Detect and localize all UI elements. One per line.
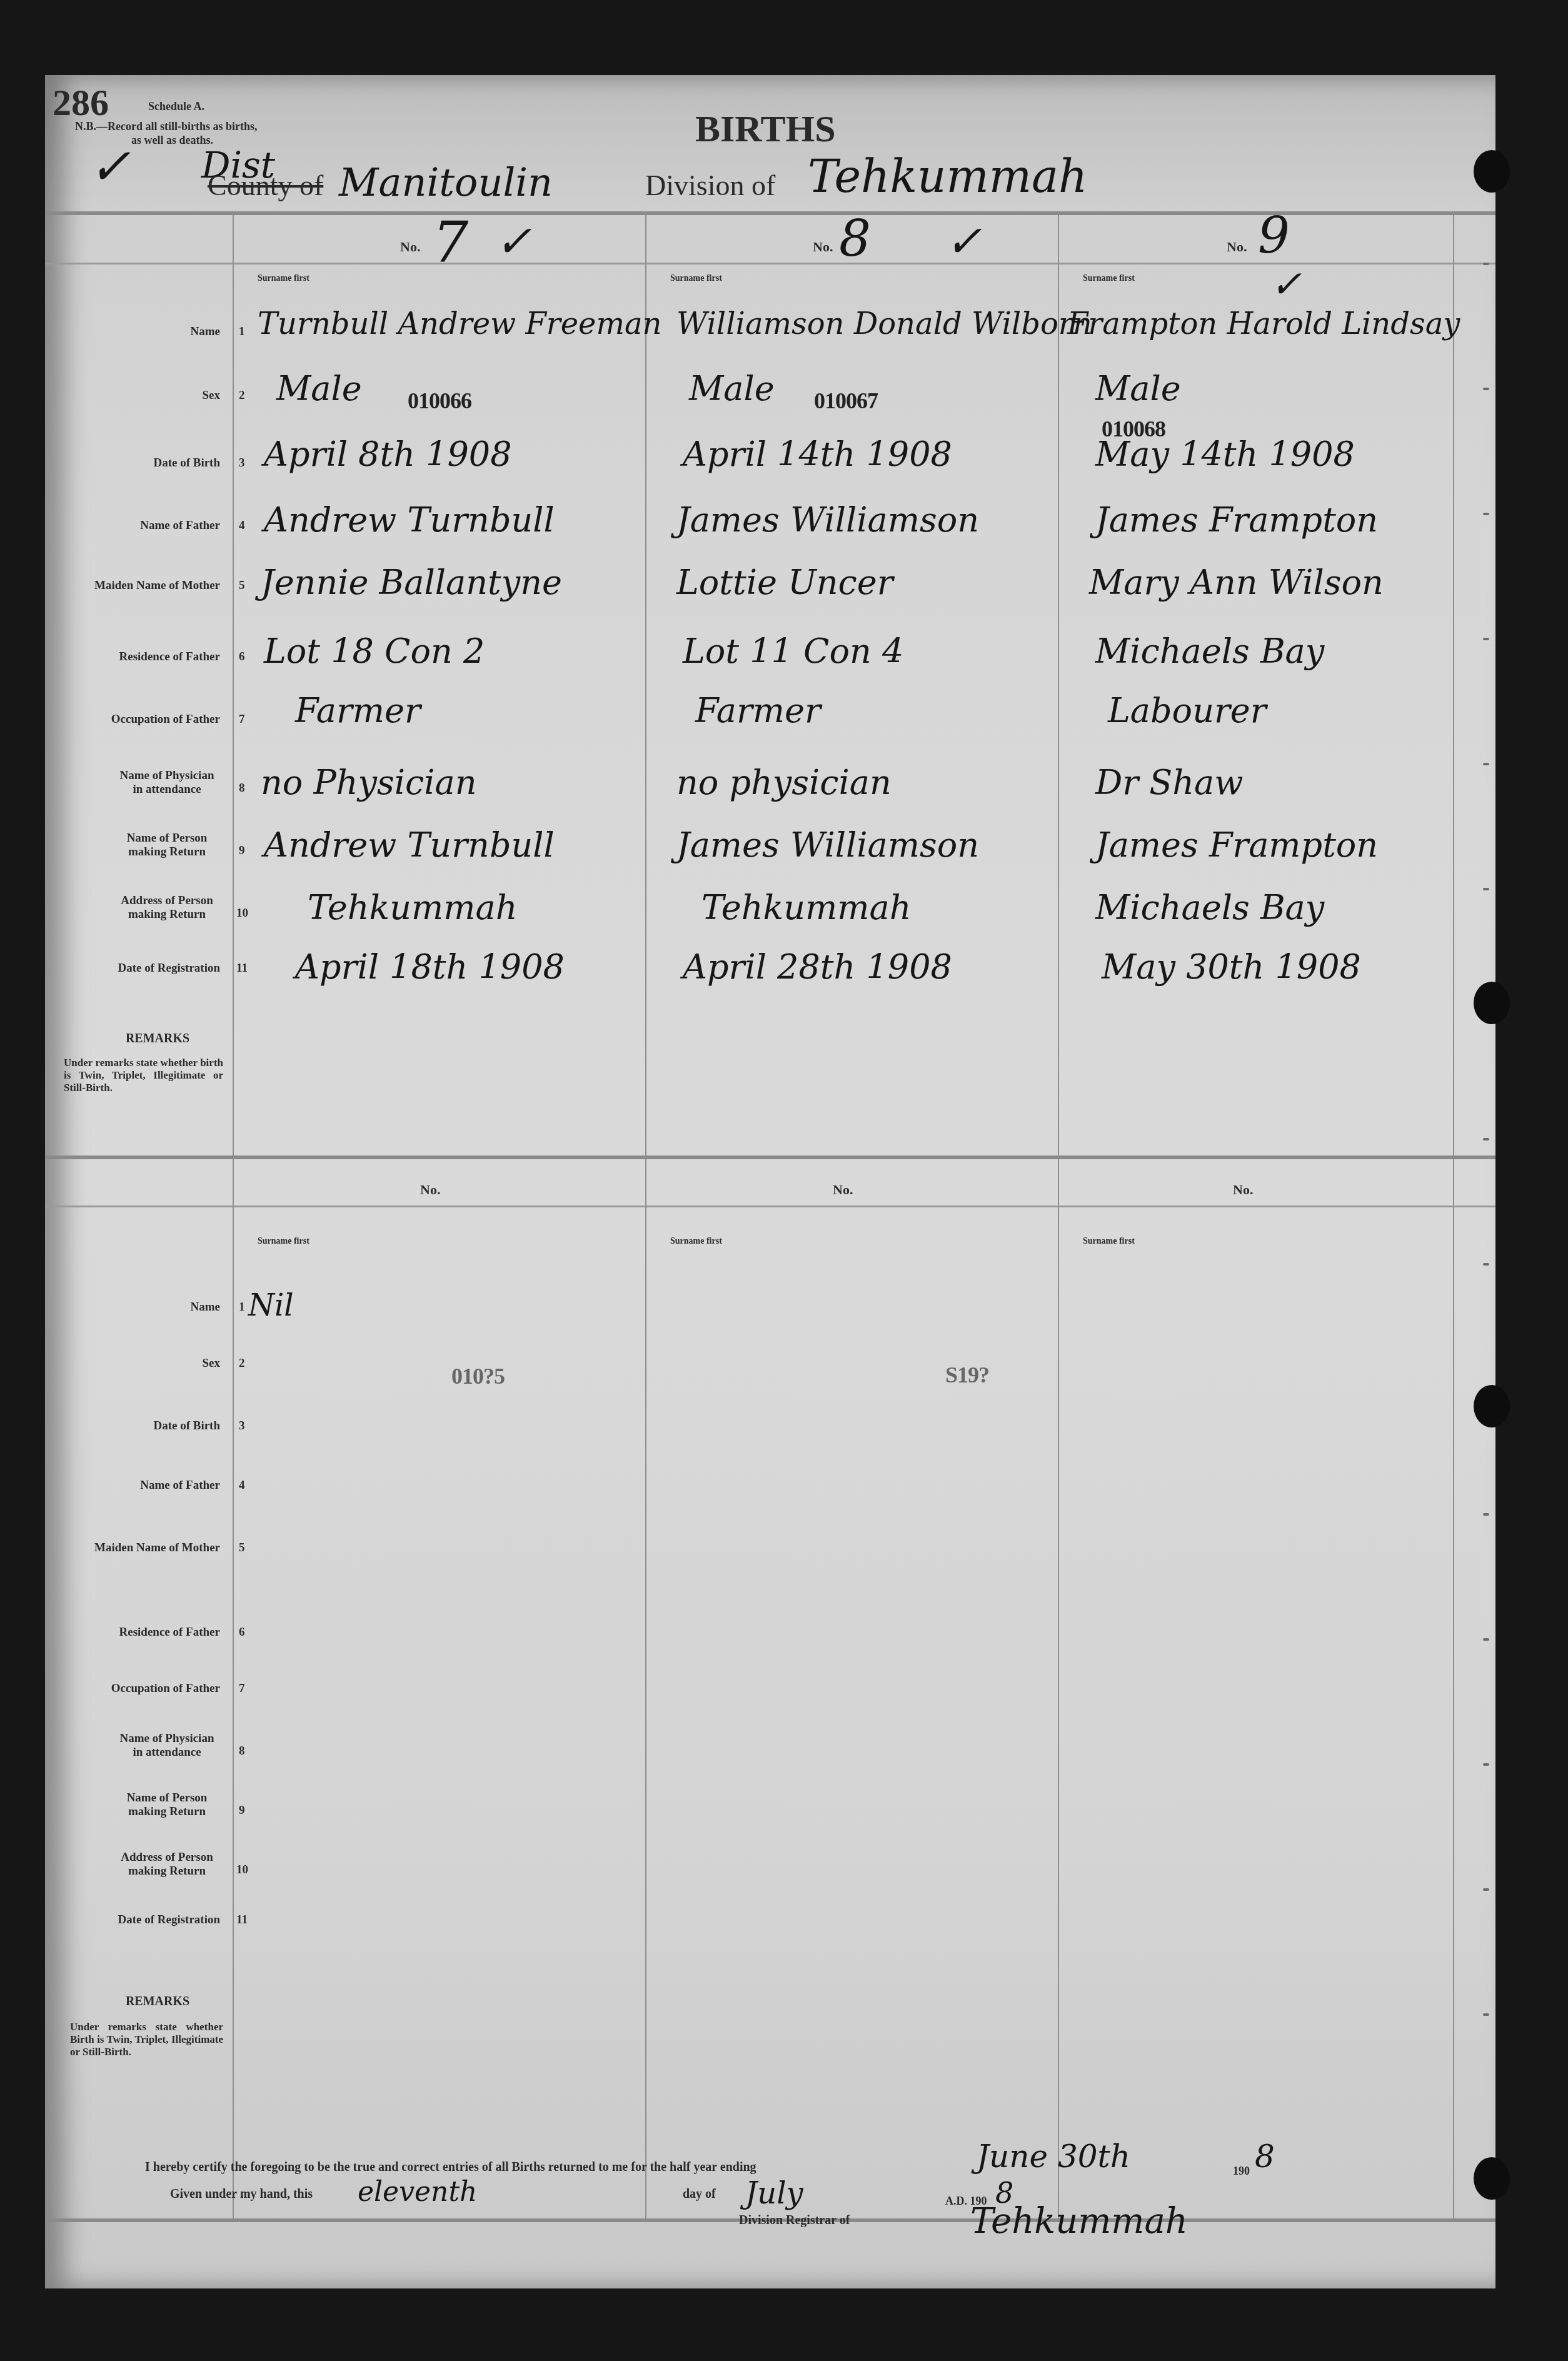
row-number: 6	[239, 1626, 245, 1639]
surname-first-label: Surname first	[1083, 1237, 1135, 1247]
person-making-return-value: James Frampton	[1095, 825, 1378, 865]
label-address-making-return: Address of Person making Return	[114, 894, 220, 922]
perforation	[1483, 763, 1489, 765]
row-number: 3	[239, 1419, 245, 1433]
registration-stamp: 010066	[408, 388, 471, 414]
no-label: No.	[833, 1182, 853, 1198]
address-making-return-value: Tehkummah	[308, 888, 517, 927]
mother-maiden-name-value: Mary Ann Wilson	[1089, 563, 1384, 602]
no-label: No.	[1227, 239, 1247, 255]
label-name: Name	[95, 1301, 220, 1314]
row-number: 7	[239, 1682, 245, 1696]
day-of-label: day of	[683, 2187, 716, 2202]
tick-mark-icon: ✓	[945, 216, 982, 267]
physician-value: no Physician	[261, 763, 477, 802]
surname-first-label: Surname first	[258, 274, 309, 284]
divider	[45, 1206, 1495, 1207]
column-divider	[1058, 211, 1059, 1155]
row-number: 2	[239, 389, 245, 403]
registration-stamp: 010067	[814, 388, 878, 414]
division-registrar-label: Division Registrar of	[739, 2213, 850, 2228]
father-residence-value: Lot 11 Con 4	[683, 632, 903, 671]
perforation	[1483, 1763, 1489, 1766]
perforation	[1483, 1638, 1489, 1641]
perforation	[1483, 1138, 1489, 1140]
person-making-return-value: James Williamson	[676, 825, 979, 865]
binder-hole	[1474, 1385, 1510, 1427]
child-name: Turnbull Andrew Freeman	[258, 306, 662, 341]
label-physician: Name of Physician in attendance	[114, 1732, 220, 1759]
tick-mark-icon: ✓	[1270, 263, 1302, 306]
perforation	[1483, 1888, 1489, 1891]
label-residence-of-father: Residence of Father	[95, 650, 220, 664]
physician-value: no physician	[676, 763, 892, 802]
label-physician: Name of Physician in attendance	[114, 769, 220, 797]
row-number: 10	[236, 1863, 248, 1877]
label-address-making-return: Address of Person making Return	[114, 1851, 220, 1878]
perforation	[1483, 263, 1489, 265]
row-number: 6	[239, 650, 245, 664]
birth-register-page: 286 Schedule A. N.B.—Record all still-bi…	[45, 75, 1495, 2288]
perforation	[1483, 2013, 1489, 2016]
tick-mark-icon: ✓	[495, 216, 532, 267]
surname-first-label: Surname first	[1083, 274, 1135, 284]
label-name-of-father: Name of Father	[95, 519, 220, 533]
row-number: 2	[239, 1357, 245, 1371]
remarks-instructions: Under remarks state whether birth is Twi…	[64, 1057, 223, 1094]
surname-first-label: Surname first	[258, 1237, 309, 1247]
surname-first-label: Surname first	[670, 274, 722, 284]
perforation	[1483, 888, 1489, 890]
year-suffix: 8	[1255, 2138, 1275, 2175]
checkmark-icon: ✓	[89, 138, 131, 196]
father-occupation-value: Farmer	[295, 691, 421, 730]
father-occupation-value: Labourer	[1108, 691, 1267, 730]
perforation	[1483, 388, 1489, 390]
child-name: Nil	[248, 1288, 294, 1323]
binder-hole	[1474, 2157, 1510, 2200]
row-number: 4	[239, 1479, 245, 1493]
row-number: 8	[239, 1744, 245, 1758]
mother-maiden-name-value: Lottie Uncer	[676, 563, 893, 602]
label-occupation-of-father: Occupation of Father	[95, 1682, 220, 1696]
label-sex: Sex	[95, 389, 220, 403]
record-number: 8	[839, 209, 871, 268]
perforation	[1483, 513, 1489, 515]
label-maiden-name-of-mother: Maiden Name of Mother	[58, 1541, 220, 1555]
row-number: 9	[239, 1804, 245, 1818]
county-value: Manitoulin	[339, 159, 553, 205]
physician-value: Dr Shaw	[1095, 763, 1243, 802]
day-value: eleventh	[358, 2176, 477, 2208]
row-number: 8	[239, 782, 245, 795]
column-divider	[233, 211, 234, 1155]
row-number: 10	[236, 907, 248, 920]
date-of-birth-value: May 14th 1908	[1095, 435, 1355, 474]
remarks-instructions: Under remarks state whether Birth is Twi…	[70, 2021, 223, 2058]
label-date-of-registration: Date of Registration	[95, 962, 220, 975]
column-divider	[1058, 1155, 1059, 2218]
row-number: 5	[239, 1541, 245, 1555]
sex-value: Male	[689, 369, 775, 408]
column-divider	[645, 1155, 646, 2218]
row-number: 4	[239, 519, 245, 533]
label-date-of-registration: Date of Registration	[95, 1913, 220, 1927]
row-number: 5	[239, 579, 245, 593]
registration-stamp: 010?5	[451, 1363, 505, 1389]
row-number: 7	[239, 713, 245, 727]
column-divider	[645, 211, 646, 1155]
month-value: July	[745, 2176, 803, 2211]
label-person-making-return: Name of Person making Return	[114, 1791, 220, 1819]
row-number: 1	[239, 325, 245, 339]
no-label: No.	[420, 1182, 440, 1198]
given-under-hand-label: Given under my hand, this	[170, 2187, 313, 2202]
label-maiden-name-of-mother: Maiden Name of Mother	[58, 579, 220, 593]
address-making-return-value: Michaels Bay	[1095, 888, 1324, 927]
person-making-return-value: Andrew Turnbull	[264, 825, 555, 865]
father-residence-value: Michaels Bay	[1095, 632, 1324, 671]
label-occupation-of-father: Occupation of Father	[95, 713, 220, 727]
half-year-ending-value: June 30th	[977, 2138, 1130, 2175]
row-number: 1	[239, 1301, 245, 1314]
father-name-value: Andrew Turnbull	[264, 500, 555, 540]
schedule-label: Schedule A.	[148, 100, 204, 113]
date-of-registration-value: April 28th 1908	[683, 947, 952, 987]
sex-value: Male	[1095, 369, 1181, 408]
perforation	[1483, 638, 1489, 640]
row-number: 11	[236, 1913, 248, 1927]
address-making-return-value: Tehkummah	[701, 888, 911, 927]
no-label: No.	[813, 239, 833, 255]
row-number: 9	[239, 844, 245, 858]
remarks-heading: REMARKS	[95, 1995, 220, 2009]
label-name: Name	[95, 325, 220, 339]
label-date-of-birth: Date of Birth	[95, 456, 220, 470]
father-name-value: James Frampton	[1095, 500, 1378, 540]
year-prefix: 190	[1233, 2165, 1250, 2178]
division-value: Tehkummah	[808, 150, 1087, 203]
row-number: 11	[236, 962, 248, 975]
child-name: Williamson Donald Wilborn	[676, 306, 1092, 341]
surname-first-label: Surname first	[670, 1237, 722, 1247]
page-title: BIRTHS	[695, 108, 836, 151]
margin-line	[1453, 211, 1454, 2218]
binder-hole	[1474, 982, 1510, 1024]
label-person-making-return: Name of Person making Return	[114, 832, 220, 859]
certification-text: I hereby certify the foregoing to be the…	[145, 2160, 756, 2175]
father-name-value: James Williamson	[676, 500, 979, 540]
label-date-of-birth: Date of Birth	[95, 1419, 220, 1433]
remarks-heading: REMARKS	[95, 1032, 220, 1046]
row-number: 3	[239, 456, 245, 470]
date-of-birth-value: April 14th 1908	[683, 435, 952, 474]
page-number: 286	[53, 81, 109, 124]
label-name-of-father: Name of Father	[95, 1479, 220, 1493]
perforation	[1483, 1263, 1489, 1266]
registrar-division-value: Tehkummah	[970, 2201, 1188, 2242]
date-of-birth-value: April 8th 1908	[264, 435, 512, 474]
mother-maiden-name-value: Jennie Ballantyne	[261, 563, 562, 602]
registration-stamp: S19?	[945, 1362, 989, 1388]
perforation	[1483, 1513, 1489, 1516]
no-label: No.	[400, 239, 420, 255]
county-label: County of	[208, 169, 323, 202]
label-sex: Sex	[95, 1357, 220, 1371]
binder-hole	[1474, 150, 1510, 193]
section-divider	[45, 1155, 1495, 1159]
column-divider	[233, 1155, 234, 2218]
date-of-registration-value: May 30th 1908	[1102, 947, 1361, 987]
date-of-registration-value: April 18th 1908	[295, 947, 565, 987]
label-residence-of-father: Residence of Father	[95, 1626, 220, 1639]
father-occupation-value: Farmer	[695, 691, 821, 730]
record-number: 7	[433, 209, 468, 275]
record-number: 9	[1258, 206, 1290, 264]
child-name: Frampton Harold Lindsay	[1067, 306, 1460, 341]
father-residence-value: Lot 18 Con 2	[264, 632, 485, 671]
no-label: No.	[1233, 1182, 1253, 1198]
note-line-1: N.B.—Record all still-births as births,	[75, 120, 258, 133]
sex-value: Male	[276, 369, 362, 408]
division-label: Division of	[645, 169, 775, 202]
